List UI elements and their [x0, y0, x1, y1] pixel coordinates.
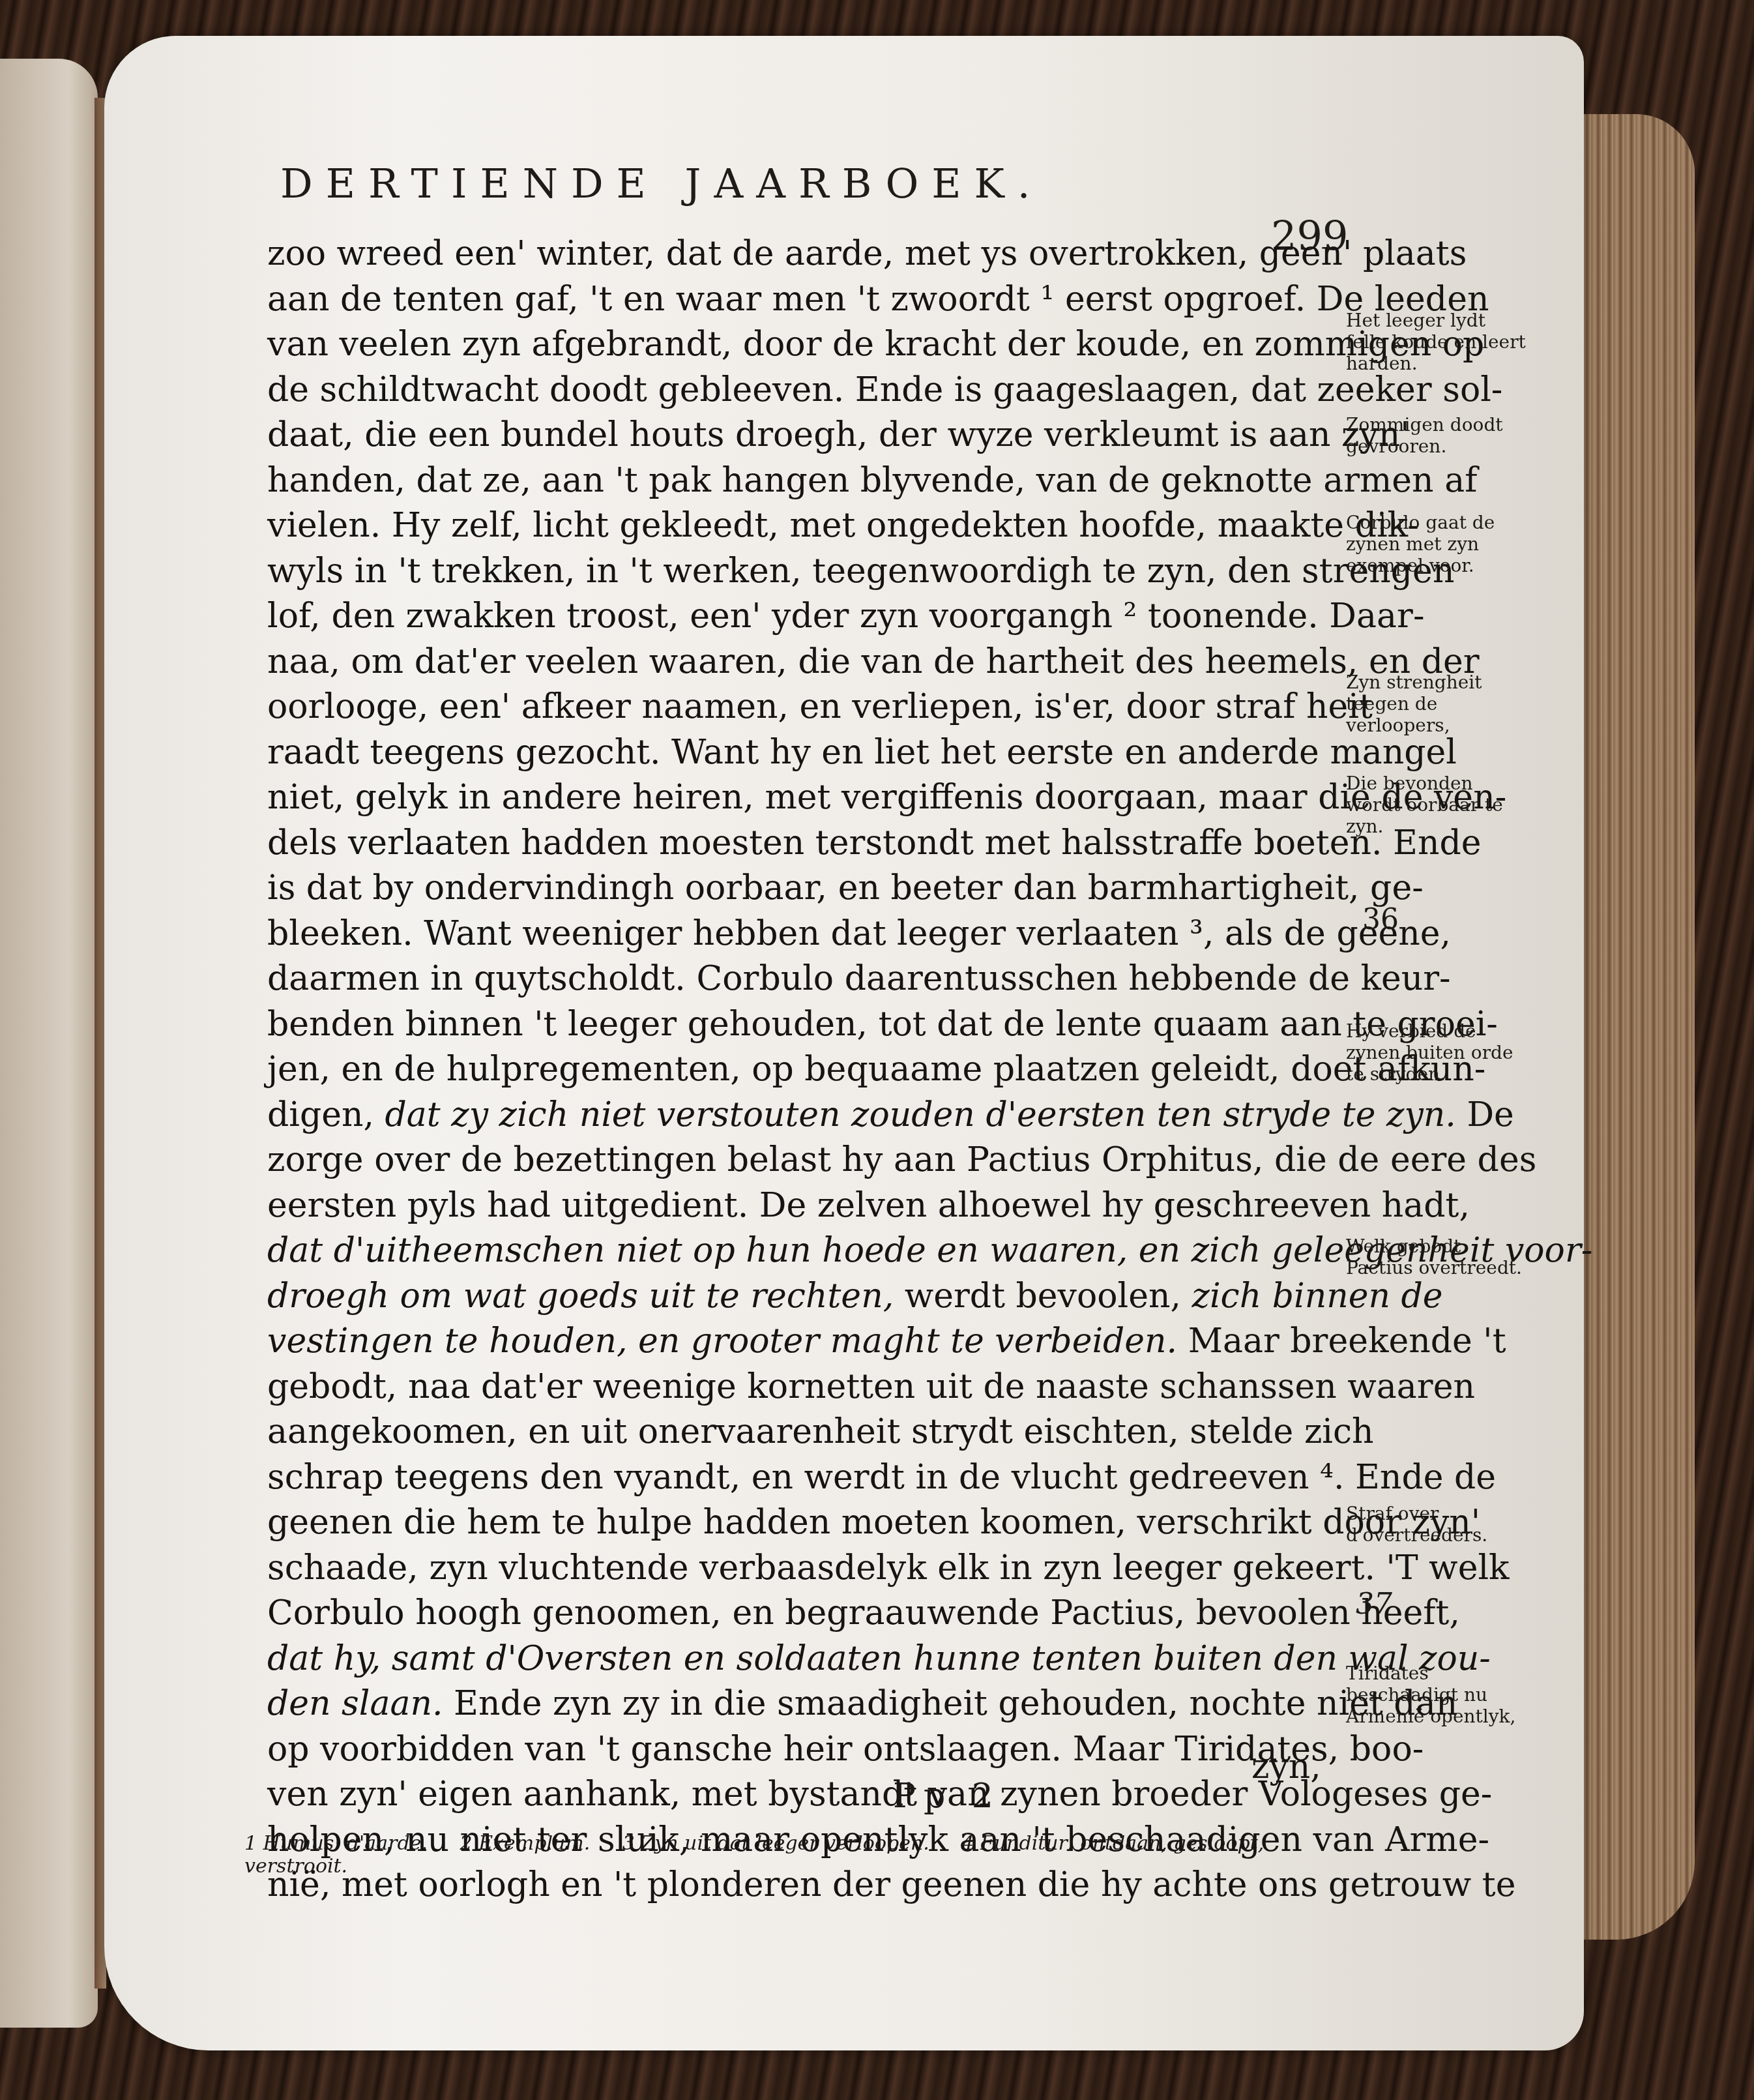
text-line: dels verlaaten hadden moesten terstondt …	[267, 821, 1349, 866]
catchword: zyn,	[1251, 1747, 1321, 1786]
text-italic: den slaan.	[267, 1684, 443, 1723]
text-line: handen, dat ze, aan 't pak hangen blyven…	[267, 458, 1349, 504]
text-line: den slaan. Ende zyn zy in die smaadighei…	[267, 1681, 1349, 1727]
left-page-edge	[0, 59, 98, 2028]
text-line: zoo wreed een' winter, dat de aarde, met…	[267, 231, 1349, 277]
text-italic: vestingen te houden, en grooter maght te…	[267, 1322, 1177, 1361]
text-line: jen, en de hulpregementen, op bequaame p…	[267, 1047, 1349, 1093]
text-plain: De	[1467, 1095, 1513, 1134]
text-plain: digen,	[267, 1095, 374, 1134]
text-line: niet, gelyk in andere heiren, met vergif…	[267, 775, 1349, 821]
text-line: vielen. Hy zelf, licht gekleedt, met ong…	[267, 503, 1349, 549]
footnote: 2 Exemplum.	[460, 1832, 591, 1855]
margin-note: Zommigen doodt gevrooren.	[1346, 414, 1528, 457]
section-number: 37	[1356, 1588, 1392, 1621]
margin-note: Zyn strengheit teegen de verloopers,	[1346, 672, 1528, 736]
text-line: schrap teegens den vyandt, en werdt in d…	[267, 1455, 1349, 1501]
text-line: aangekoomen, en uit onervaarenheit stryd…	[267, 1410, 1349, 1455]
body-text: zoo wreed een' winter, dat de aarde, met…	[267, 231, 1349, 1908]
text-italic: zich binnen de	[1192, 1277, 1443, 1316]
text-line: daarmen in quytscholdt. Corbulo daarentu…	[267, 956, 1349, 1002]
text-line: oorlooge, een' afkeer naamen, en verliep…	[267, 685, 1349, 730]
section-number: 36	[1362, 903, 1399, 936]
text-line-italic: dat d'uitheemschen niet op hun hoede en …	[267, 1228, 1349, 1274]
text-line: droegh om wat goeds uit te rechten, werd…	[267, 1274, 1349, 1320]
text-line: daat, die een bundel houts droegh, der w…	[267, 413, 1349, 458]
text-line: eersten pyls had uitgedient. De zelven a…	[267, 1183, 1349, 1229]
text-line: wyls in 't trekken, in 't werken, teegen…	[267, 549, 1349, 595]
margin-note: Corbulo gaat de zynen met zyn exempel vo…	[1346, 512, 1528, 576]
text-italic: droegh om wat goeds uit te rechten,	[267, 1277, 894, 1316]
signature-mark: Pp 2	[893, 1777, 1001, 1816]
text-line: naa, om dat'er veelen waaren, die van de…	[267, 640, 1349, 685]
text-italic: dat zy zich niet verstouten zouden d'eer…	[385, 1095, 1456, 1134]
text-line: aan de tenten gaf, 't en waar men 't zwo…	[267, 277, 1349, 323]
text-line: benden binnen 't leeger gehouden, tot da…	[267, 1002, 1349, 1048]
text-line: raadt teegens gezocht. Want hy en liet h…	[267, 730, 1349, 776]
text-line: ven zyn' eigen aanhank, met bystandt van…	[267, 1772, 1349, 1818]
footnotes: 1 Humus: d'aarde. 2 Exemplum. 3 Zyn uit …	[244, 1832, 1352, 1878]
text-line: Corbulo hoogh genoomen, en begraauwende …	[267, 1591, 1349, 1636]
text-line: de schildtwacht doodt gebleeven. Ende is…	[267, 368, 1349, 413]
text-plain: Maar breekende 't	[1188, 1322, 1506, 1361]
margin-note: Welk gebodt Pactius overtreedt.	[1346, 1235, 1528, 1279]
footnote: 1 Humus: d'aarde.	[244, 1832, 428, 1855]
text-line: lof, den zwakken troost, een' yder zyn v…	[267, 594, 1349, 640]
footnote: 3 Zyn uit dat leeger verloopen.	[622, 1832, 929, 1855]
text-line: zorge over de bezettingen belast hy aan …	[267, 1138, 1349, 1183]
text-line: vestingen te houden, en grooter maght te…	[267, 1319, 1349, 1365]
text-plain: Ende zyn zy in die smaadigheit gehouden,…	[454, 1684, 1457, 1723]
text-line-italic: dat hy, samt d'Oversten en soldaaten hun…	[267, 1636, 1349, 1682]
margin-note: Het leeger lydt felle koude en leert har…	[1346, 310, 1528, 374]
margin-note: Hy verbied de zynen buiten orde te stryd…	[1346, 1020, 1528, 1085]
text-line: gebodt, naa dat'er weenige kornetten uit…	[267, 1365, 1349, 1410]
margin-note: Die bevonden wordt oorbaar te zyn.	[1346, 773, 1528, 837]
margin-note: Straf over d'overtreeders.	[1346, 1503, 1528, 1546]
text-line: bleeken. Want weeniger hebben dat leeger…	[267, 911, 1349, 957]
text-line: geenen die hem te hulpe hadden moeten ko…	[267, 1500, 1349, 1546]
text-plain: werdt bevoolen,	[905, 1277, 1181, 1316]
text-line: van veelen zyn afgebrandt, door de krach…	[267, 322, 1349, 368]
text-line: digen, dat zy zich niet verstouten zoude…	[267, 1093, 1349, 1138]
margin-note: Tiridates beschaadigt nu Armenië opently…	[1346, 1663, 1528, 1727]
text-line: op voorbidden van 't gansche heir ontsla…	[267, 1727, 1349, 1773]
text-line: is dat by ondervindingh oorbaar, en beet…	[267, 866, 1349, 911]
book-page: DERTIENDE JAARBOEK. 299 zoo wreed een' w…	[104, 36, 1584, 2050]
text-line: schaade, zyn vluchtende verbaasdelyk elk…	[267, 1546, 1349, 1591]
running-head: DERTIENDE JAARBOEK.	[280, 160, 1323, 207]
